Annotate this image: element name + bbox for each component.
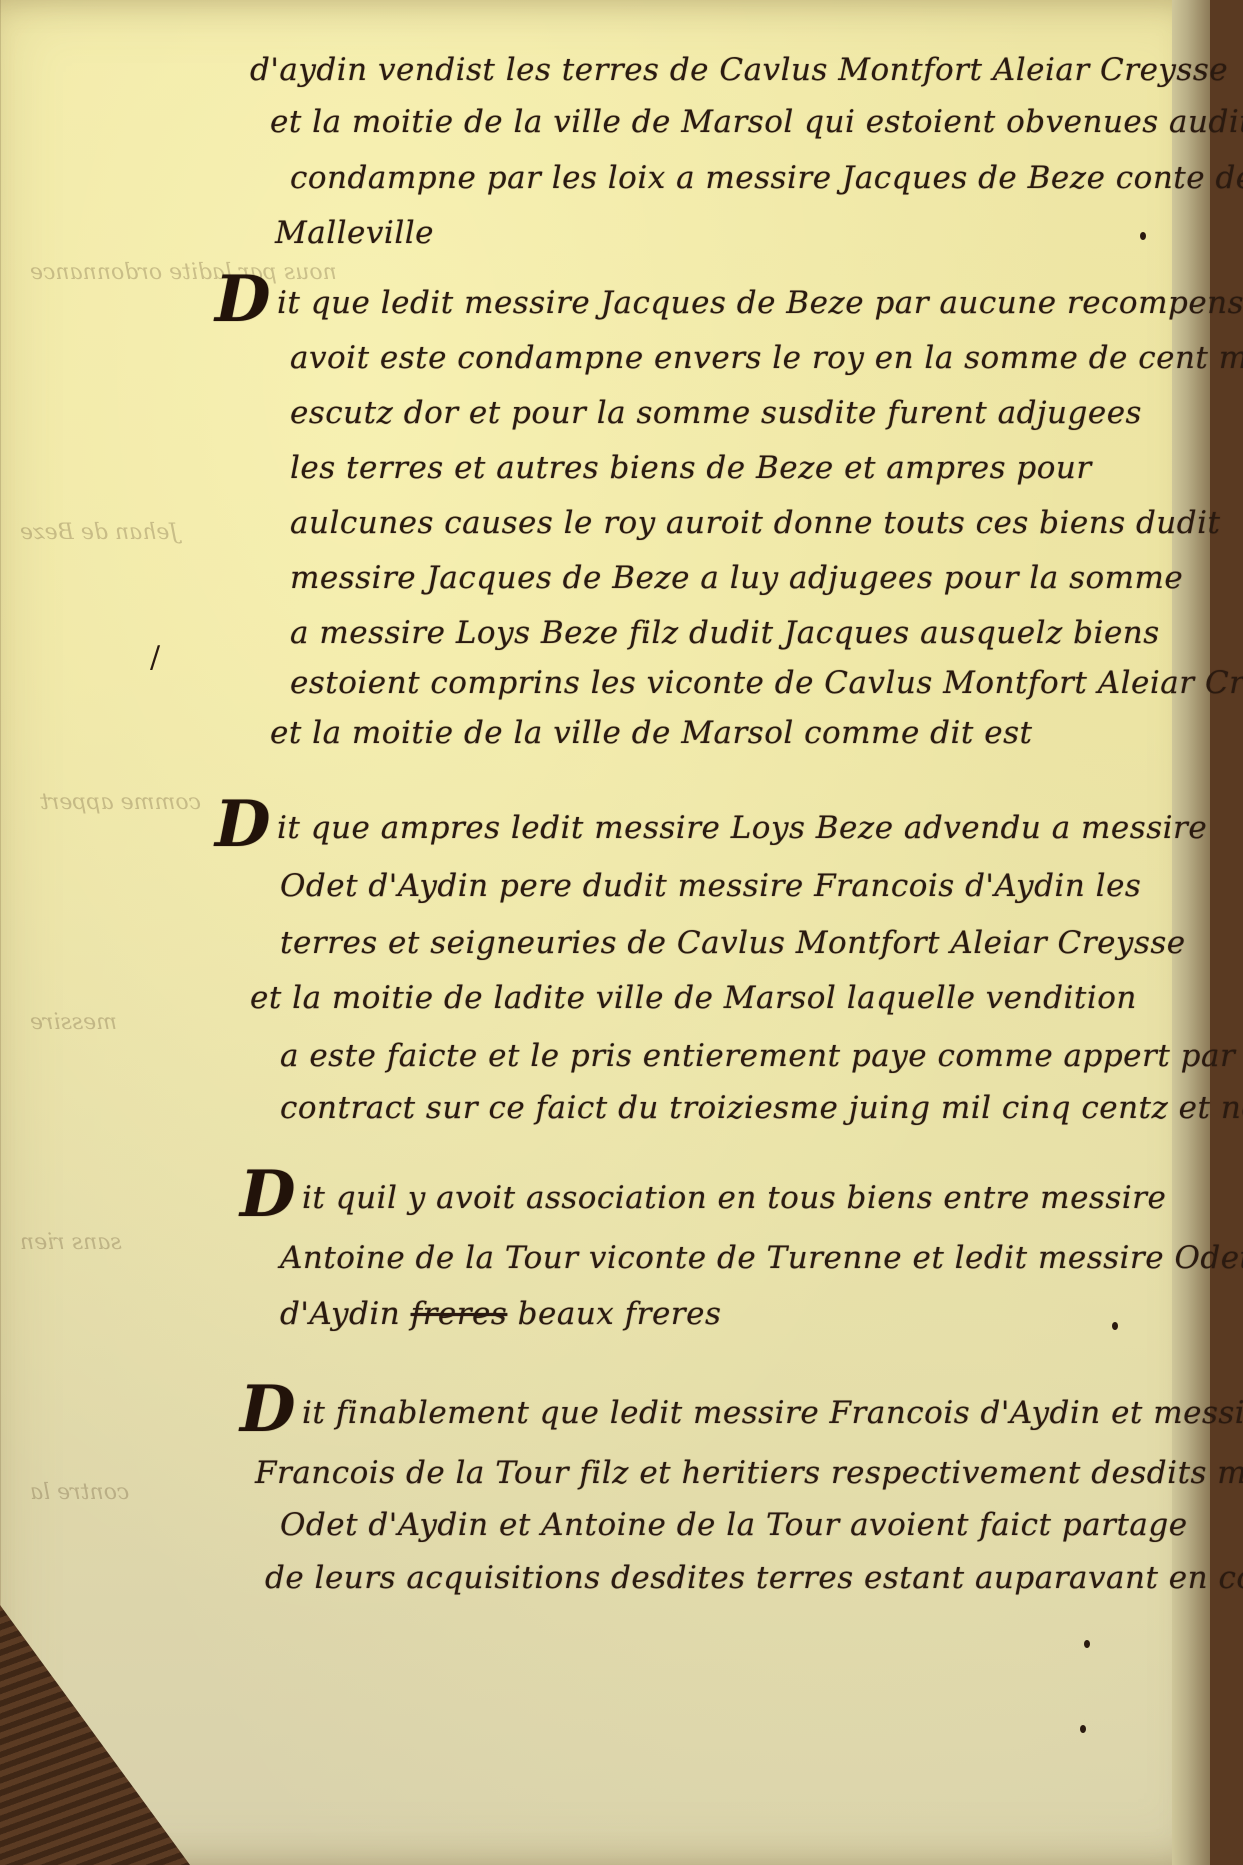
manuscript-line: et la moitie de ladite ville de Marsol l…	[250, 980, 1137, 1016]
fold-line	[0, 0, 1, 1865]
manuscript-line: Antoine de la Tour viconte de Turenne et…	[280, 1240, 1243, 1276]
paragraph-first-line: Dit que ledit messire Jacques de Beze pa…	[215, 285, 1243, 321]
ink-dot	[1084, 1640, 1090, 1648]
paragraph-first-line: Dit que ampres ledit messire Loys Beze a…	[215, 810, 1207, 846]
bleed-through-text: comme appert	[40, 790, 201, 815]
ink-dot	[1080, 1725, 1086, 1733]
manuscript-line: messire Jacques de Beze a luy adjugees p…	[290, 560, 1183, 596]
manuscript-line: terres et seigneuries de Cavlus Montfort…	[280, 925, 1186, 961]
manuscript-line: avoit este condampne envers le roy en la…	[290, 340, 1243, 376]
manuscript-line: it quil y avoit association en tous bien…	[302, 1180, 1166, 1216]
manuscript-line: Malleville	[275, 215, 434, 251]
manuscript-line: Odet d'Aydin pere dudit messire Francois…	[280, 868, 1141, 904]
manuscript-line: Odet d'Aydin et Antoine de la Tour avoie…	[280, 1507, 1188, 1543]
manuscript-line: de leurs acquisitions desdites terres es…	[265, 1560, 1243, 1596]
manuscript-line: contract sur ce faict du troiziesme juin…	[280, 1090, 1243, 1126]
manuscript-line: a messire Loys Beze filz dudit Jacques a…	[290, 615, 1160, 651]
manuscript-line: it que ledit messire Jacques de Beze par…	[277, 285, 1243, 321]
initial-letter: D	[240, 1372, 296, 1447]
inserted-word: beaux freres	[518, 1296, 722, 1332]
manuscript-line: d'aydin vendist les terres de Cavlus Mon…	[250, 52, 1228, 88]
manuscript-line: estoient comprins les viconte de Cavlus …	[290, 665, 1243, 701]
bleed-through-text: sans rien	[20, 1230, 122, 1255]
manuscript-line: et la moitie de la ville de Marsol qui e…	[270, 104, 1243, 140]
ink-dot	[1112, 1322, 1118, 1330]
manuscript-page: nous par ladite ordonnance Jehan de Beze…	[0, 0, 1210, 1865]
bleed-through-text: nous par ladite ordonnance	[30, 260, 337, 285]
paragraph-first-line: Dit finablement que ledit messire Franco…	[240, 1395, 1243, 1431]
manuscript-line: condampne par les loix a messire Jacques…	[290, 160, 1243, 196]
paragraph-first-line: Dit quil y avoit association en tous bie…	[240, 1180, 1166, 1216]
ink-dot	[1140, 232, 1146, 240]
bleed-through-text: contre la	[30, 1480, 129, 1505]
manuscript-line: aulcunes causes le roy auroit donne tout…	[290, 505, 1220, 541]
bleed-through-text: Jehan de Beze	[20, 520, 178, 545]
manuscript-line: et la moitie de la ville de Marsol comme…	[270, 715, 1032, 751]
manuscript-line-with-correction: d'Aydin freres beaux freres	[280, 1296, 721, 1332]
struck-word: freres	[411, 1296, 508, 1332]
manuscript-line: it que ampres ledit messire Loys Beze ad…	[277, 810, 1207, 846]
marginal-mark: /	[150, 640, 160, 675]
manuscript-line: les terres et autres biens de Beze et am…	[290, 450, 1092, 486]
bleed-through-text: messire	[30, 1010, 117, 1035]
initial-letter: D	[215, 262, 271, 337]
initial-letter: D	[215, 787, 271, 862]
manuscript-line: Francois de la Tour filz et heritiers re…	[255, 1455, 1243, 1491]
manuscript-line: escutz dor et pour la somme susdite fure…	[290, 395, 1142, 431]
initial-letter: D	[240, 1157, 296, 1232]
manuscript-line: a este faicte et le pris entierement pay…	[280, 1038, 1243, 1074]
manuscript-line: d'Aydin	[280, 1296, 400, 1332]
manuscript-line: it finablement que ledit messire Francoi…	[302, 1395, 1243, 1431]
